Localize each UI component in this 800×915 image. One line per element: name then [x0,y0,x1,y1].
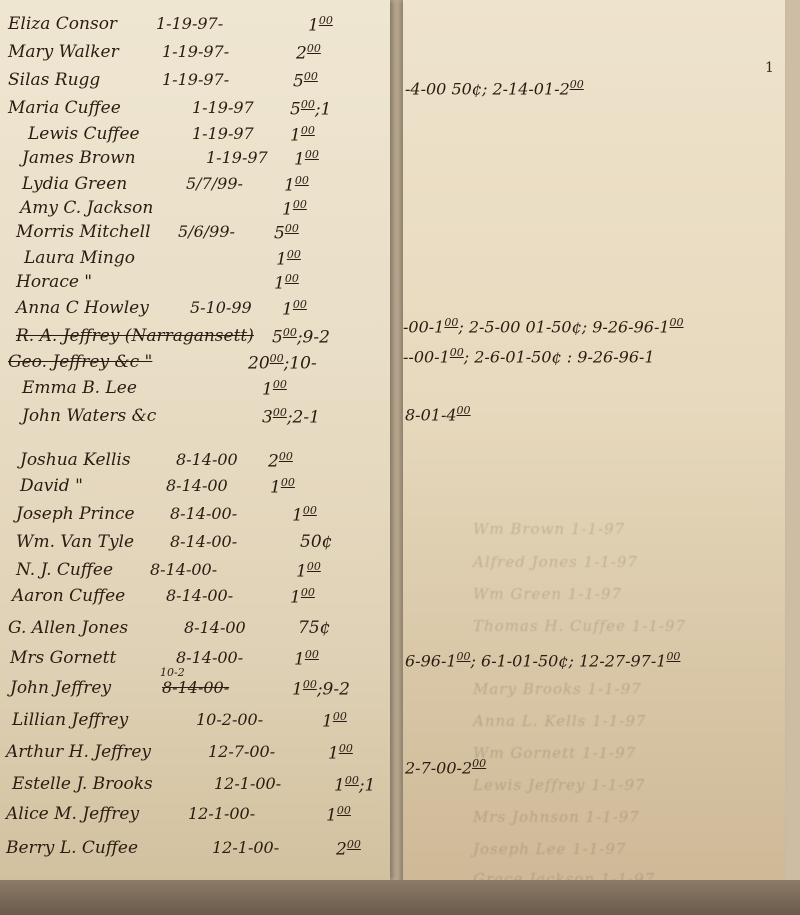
entry-name: Lillian Jeffrey [12,710,190,730]
entry-amount: 75¢ [298,618,330,638]
ledger-row: Mrs Gornett 8-14-00- 100 [10,648,243,674]
entry-name: Anna C Howley [16,298,184,318]
entry-amount: 100;1 [334,774,375,796]
bleed-through-line: Alfred Jones 1-1-97 [473,553,638,571]
ledger-row: Arthur H. Jeffrey 12-7-00- 100 [6,742,275,768]
entry-name: Berry L. Cuffee [6,838,206,858]
ledger-row: David " 8-14-00 100 [20,476,228,502]
table-surface [0,880,800,915]
entry-date: 12-7-00- [208,742,275,761]
entry-name: Silas Rugg [8,70,156,90]
entry-amount: 100 [308,14,333,36]
bleed-through-line: Wm Green 1-1-97 [473,585,622,603]
entry-amount: 100 [296,560,321,582]
entry-date: 8-14-00- [170,532,237,551]
entry-name: Morris Mitchell [16,222,172,242]
entry-amount: 100 [328,742,353,764]
ledger-row: Berry L. Cuffee 12-1-00- 200 [6,838,279,864]
ledger-row: R. A. Jeffrey (Narragansett) 500;9-2 [16,326,246,352]
entry-date: 1-19-97- [162,42,229,61]
entry-name: John Jeffrey [10,678,156,698]
entry-amount: 100 [274,272,299,294]
ledger-row: Aaron Cuffee 8-14-00- 100 [12,586,233,612]
entry-name: Mary Walker [8,42,156,62]
entry-date: 5-10-99 [190,298,252,317]
entry-name: David " [20,476,160,496]
ledger-row: James Brown 1-19-97 100 [22,148,268,174]
ledger-row: Estelle J. Brooks 12-1-00- 100;1 [12,774,281,800]
entry-name: Lewis Cuffee [28,124,186,144]
cents: 00 [666,650,680,663]
continuation-line: --00-100; 2-6-01-50¢ : 9-26-96-1 [403,346,655,366]
bleed-through-line: Mrs Johnson 1-1-97 [473,808,640,826]
entry-amount: 100 [276,248,301,270]
entry-name: Amy C. Jackson [20,198,200,218]
continuation-text: -4-00 50¢; 2-14-01-2 [405,79,570,98]
entry-amount: 100 [326,804,351,826]
entry-amount: 100 [294,648,319,670]
ledger-row: Wm. Van Tyle 8-14-00- 50¢ [16,532,237,558]
entry-name: Emma B. Lee [22,378,222,398]
entry-amount: 200 [268,450,293,472]
entry-name: Estelle J. Brooks [12,774,208,794]
entry-amount: 100 [282,298,307,320]
cents: 00 [457,650,471,663]
entry-date: 1-19-97- [156,14,223,33]
entry-date: 5/7/99- [186,174,243,193]
entry-name: Maria Cuffee [8,98,186,118]
cents: 00 [457,404,471,417]
continuation-text: ; 2-6-01-50¢ : 9-26-96-1 [464,347,655,366]
entry-date: 8-14-00- [162,678,229,697]
entry-amount: 100 [290,586,315,608]
continuation-text: --00-1 [403,347,450,366]
entry-amount: 100 [270,476,295,498]
bleed-through-line: Wm Brown 1-1-97 [473,520,625,538]
entry-date: 1-19-97 [192,124,254,143]
entry-date: 8-14-00 [166,476,228,495]
bleed-through-line: Joseph Lee 1-1-97 [473,840,626,858]
entry-name: Laura Mingo [24,248,184,268]
entry-amount: 300;2-1 [262,406,320,428]
date-correction: 10-2 [160,666,185,679]
cents: 00 [570,78,584,91]
continuation-text: ; 2-5-00 01-50¢; 9-26-96-1 [458,317,669,336]
continuation-text: -00-1 [403,317,444,336]
ledger-row: Lewis Cuffee 1-19-97 100 [28,124,254,150]
continuation-text: ; 6-1-01-50¢; 12-27-97-1 [471,651,667,670]
margin-mark: 1 [765,60,774,76]
right-page: Wm Brown 1-1-97 Alfred Jones 1-1-97 Wm G… [403,0,785,905]
cents: 00 [450,346,464,359]
continuation-line: -4-00 50¢; 2-14-01-200 [405,78,584,98]
entry-date: 1-19-97 [192,98,254,117]
entry-amount: 500;1 [290,98,331,120]
entry-amount: 500;9-2 [272,326,330,348]
entry-amount: 100 [290,124,315,146]
ledger-row: Alice M. Jeffrey 12-1-00- 100 [6,804,255,830]
ledger-row: Joseph Prince 8-14-00- 100 [16,504,237,530]
entry-name: Alice M. Jeffrey [6,804,182,824]
ledger-row: Geo. Jeffrey &c " 2000;10- [8,352,208,378]
entry-date: 12-1-00- [214,774,281,793]
entry-name: Arthur H. Jeffrey [6,742,202,762]
entry-date: 8-14-00- [150,560,217,579]
entry-name: Wm. Van Tyle [16,532,164,552]
entry-amount: 500 [274,222,299,244]
entry-name: Joseph Prince [16,504,164,524]
bleed-through-line: Wm Gornett 1-1-97 [473,744,636,762]
entry-name: Mrs Gornett [10,648,170,668]
entry-name: Eliza Consor [8,14,150,34]
ledger-row: Horace " 100 [16,272,176,298]
entry-amount: 200 [336,838,361,860]
continuation-text: 2-7-00-2 [405,758,472,777]
bleed-through-line: Anna L. Kells 1-1-97 [473,712,646,730]
entry-name: R. A. Jeffrey (Narragansett) [16,326,246,346]
ledger-row: Lydia Green 5/7/99- 100 [22,174,243,200]
entry-amount: 100 [284,174,309,196]
ledger-row: Joshua Kellis 8-14-00 200 [20,450,238,476]
entry-name: Horace " [16,272,176,292]
cents: 00 [444,316,458,329]
entry-name: James Brown [22,148,200,168]
ledger-row: John Waters &c 300;2-1 [22,406,222,432]
entry-date: 12-1-00- [188,804,255,823]
continuation-line: 2-7-00-200 [405,757,486,777]
continuation-text: 8-01-4 [405,405,457,424]
entry-amount: 100 [322,710,347,732]
entry-date: 8-14-00- [176,648,243,667]
bleed-through-line: Mary Brooks 1-1-97 [473,680,642,698]
ledger-row: Laura Mingo 100 [24,248,184,274]
ledger-row: Anna C Howley 5-10-99 100 [16,298,252,324]
ledger-row: Mary Walker 1-19-97- 200 [8,42,229,68]
entry-name: Aaron Cuffee [12,586,160,606]
continuation-line: -00-100; 2-5-00 01-50¢; 9-26-96-100 [403,316,684,336]
ledger-row: John Jeffrey 10-2 8-14-00- 100;9-2 [10,678,229,704]
entry-date: 8-14-00 [184,618,246,637]
cents: 00 [472,757,486,770]
cents: 00 [670,316,684,329]
entry-amount: 100 [282,198,307,220]
entry-amount: 50¢ [300,532,332,552]
entry-date: 1-19-97- [162,70,229,89]
entry-date: 12-1-00- [212,838,279,857]
left-page: Eliza Consor 1-19-97- 100 Mary Walker 1-… [0,0,390,880]
ledger-row: Silas Rugg 1-19-97- 500 [8,70,229,96]
continuation-line: 8-01-400 [405,404,471,424]
entry-amount: 200 [296,42,321,64]
entry-amount: 500 [293,70,318,92]
entry-name: G. Allen Jones [8,618,178,638]
ledger-row: Morris Mitchell 5/6/99- 500 [16,222,235,248]
ledger-row: Eliza Consor 1-19-97- 100 [8,14,223,40]
entry-name: Joshua Kellis [20,450,170,470]
entry-amount: 100 [294,148,319,170]
continuation-text: 6-96-1 [405,651,457,670]
bleed-through-line: Thomas H. Cuffee 1-1-97 [473,617,686,635]
continuation-line: 6-96-100; 6-1-01-50¢; 12-27-97-100 [405,650,680,670]
ledger-row: G. Allen Jones 8-14-00 75¢ [8,618,246,644]
entry-date: 5/6/99- [178,222,235,241]
entry-name: John Waters &c [22,406,222,426]
entry-name: Lydia Green [22,174,180,194]
entry-amount: 2000;10- [248,352,317,374]
ledger-row: N. J. Cuffee 8-14-00- 100 [16,560,217,586]
entry-name: N. J. Cuffee [16,560,144,580]
entry-amount: 100 [262,378,287,400]
entry-amount: 100;9-2 [292,678,350,700]
ledger-row: Emma B. Lee 100 [22,378,222,404]
entry-name: Geo. Jeffrey &c " [8,352,208,372]
entry-date: 8-14-00 [176,450,238,469]
entry-amount: 100 [292,504,317,526]
ledger-row: Maria Cuffee 1-19-97 500;1 [8,98,254,124]
bleed-through-line: Lewis Jeffrey 1-1-97 [473,776,646,794]
entry-date: 8-14-00- [166,586,233,605]
ledger-row: Lillian Jeffrey 10-2-00- 100 [12,710,263,736]
ledger-row: Amy C. Jackson 100 [20,198,200,224]
entry-date: 10-2-00- [196,710,263,729]
entry-date: 1-19-97 [206,148,268,167]
entry-date: 8-14-00- [170,504,237,523]
